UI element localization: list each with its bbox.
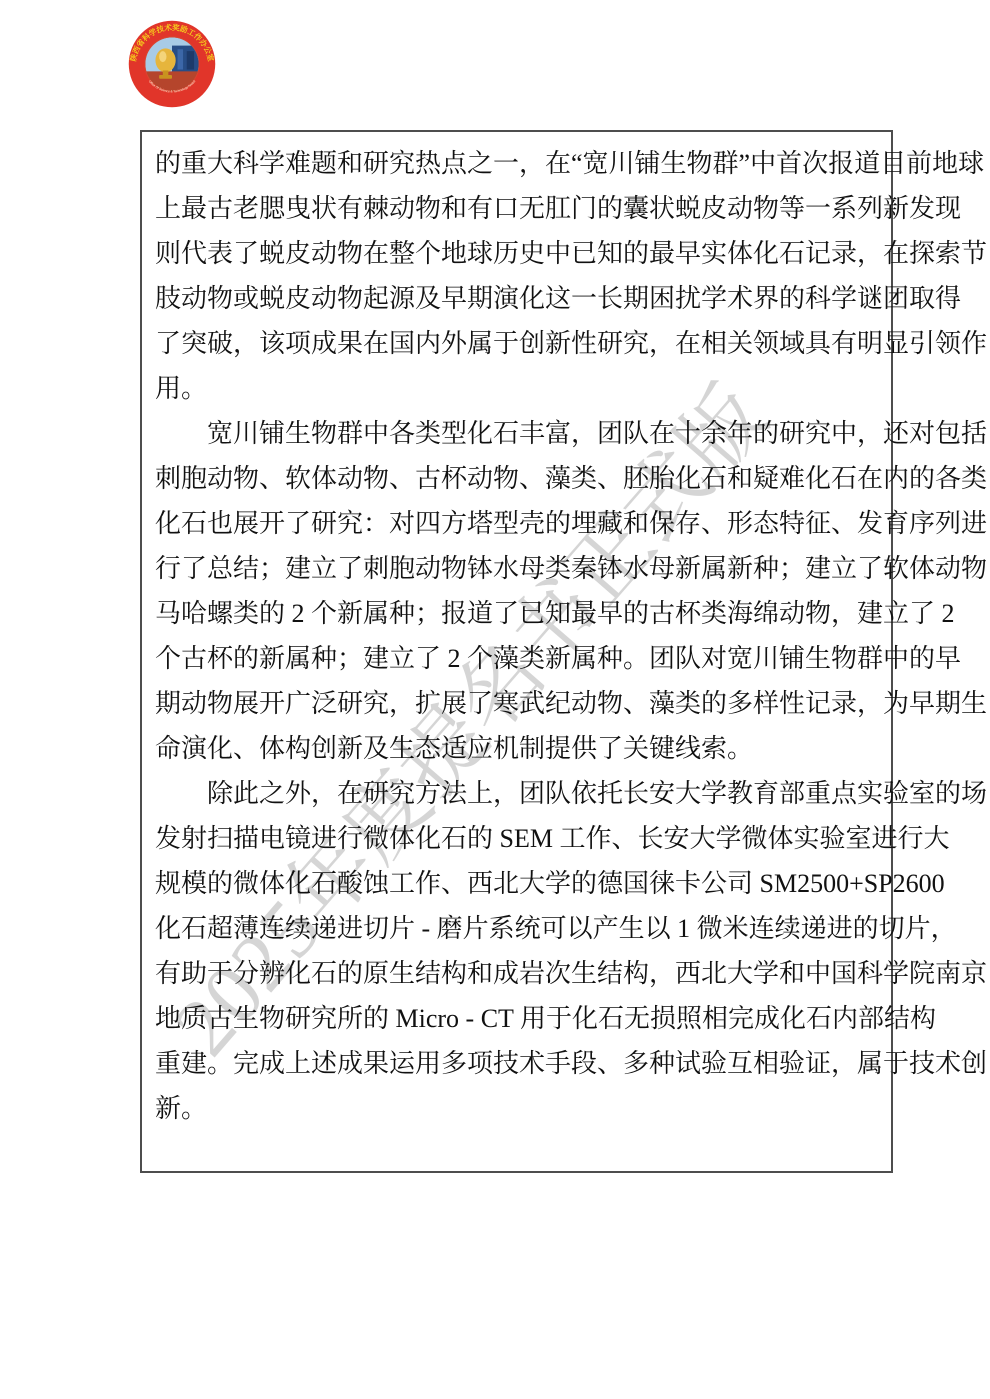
text-line: 有助于分辨化石的原生结构和成岩次生结构，西北大学和中国科学院南京 [155,951,878,996]
text-line: 发射扫描电镜进行微体化石的 SEM 工作、长安大学微体实验室进行大 [155,816,878,861]
text-line: 宽川铺生物群中各类型化石丰富，团队在十余年的研究中，还对包括 [155,411,878,456]
text-line: 除此之外，在研究方法上，团队依托长安大学教育部重点实验室的场 [155,771,878,816]
text-line: 的重大科学难题和研究热点之一，在“宽川铺生物群”中首次报道目前地球 [155,141,878,186]
text-line: 规模的微体化石酸蚀工作、西北大学的德国徕卡公司 SM2500+SP2600 [155,861,878,906]
content-box: 的重大科学难题和研究热点之一，在“宽川铺生物群”中首次报道目前地球上最古老腮曳状… [140,130,893,1173]
text-line: 肢动物或蜕皮动物起源及早期演化这一长期困扰学术界的科学谜团取得 [155,276,878,321]
text-line: 行了总结；建立了刺胞动物钵水母类秦钵水母新属新种；建立了软体动物 [155,546,878,591]
official-seal: 陕西省科学技术奖励工作办公室 Office Of Science & Techn… [126,18,218,110]
text-line: 个古杯的新属种；建立了 2 个藻类新属种。团队对宽川铺生物群中的早 [155,636,878,681]
text-line: 地质古生物研究所的 Micro - CT 用于化石无损照相完成化石内部结构 [155,996,878,1041]
document-page: 陕西省科学技术奖励工作办公室 Office Of Science & Techn… [0,0,990,1399]
text-line: 新。 [155,1086,878,1131]
text-line: 了突破，该项成果在国内外属于创新性研究，在相关领域具有明显引领作 [155,321,878,366]
photo-building-detail [187,51,194,69]
text-line: 用。 [155,366,878,411]
seal-graphic: 陕西省科学技术奖励工作办公室 Office Of Science & Techn… [126,18,218,110]
text-line: 期动物展开广泛研究，扩展了寒武纪动物、藻类的多样性记录，为早期生 [155,681,878,726]
text-line: 命演化、体构创新及生态适应机制提供了关键线索。 [155,726,878,771]
text-line: 上最古老腮曳状有棘动物和有口无肛门的囊状蜕皮动物等一系列新发现 [155,186,878,231]
text-line: 化石也展开了研究：对四方塔型壳的埋藏和保存、形态特征、发育序列进 [155,501,878,546]
photo-building-detail [178,49,184,69]
text-line: 马哈螺类的 2 个新属种；报道了已知最早的古杯类海绵动物，建立了 2 [155,591,878,636]
text-line: 重建。完成上述成果运用多项技术手段、多种试验互相验证，属于技术创 [155,1041,878,1086]
body-text: 的重大科学难题和研究热点之一，在“宽川铺生物群”中首次报道目前地球上最古老腮曳状… [155,141,878,1131]
text-line: 刺胞动物、软体动物、古杯动物、藻类、胚胎化石和疑难化石在内的各类 [155,456,878,501]
text-line: 化石超薄连续递进切片 - 磨片系统可以产生以 1 微米连续递进的切片， [155,906,878,951]
text-line: 则代表了蜕皮动物在整个地球历史中已知的最早实体化石记录，在探索节 [155,231,878,276]
